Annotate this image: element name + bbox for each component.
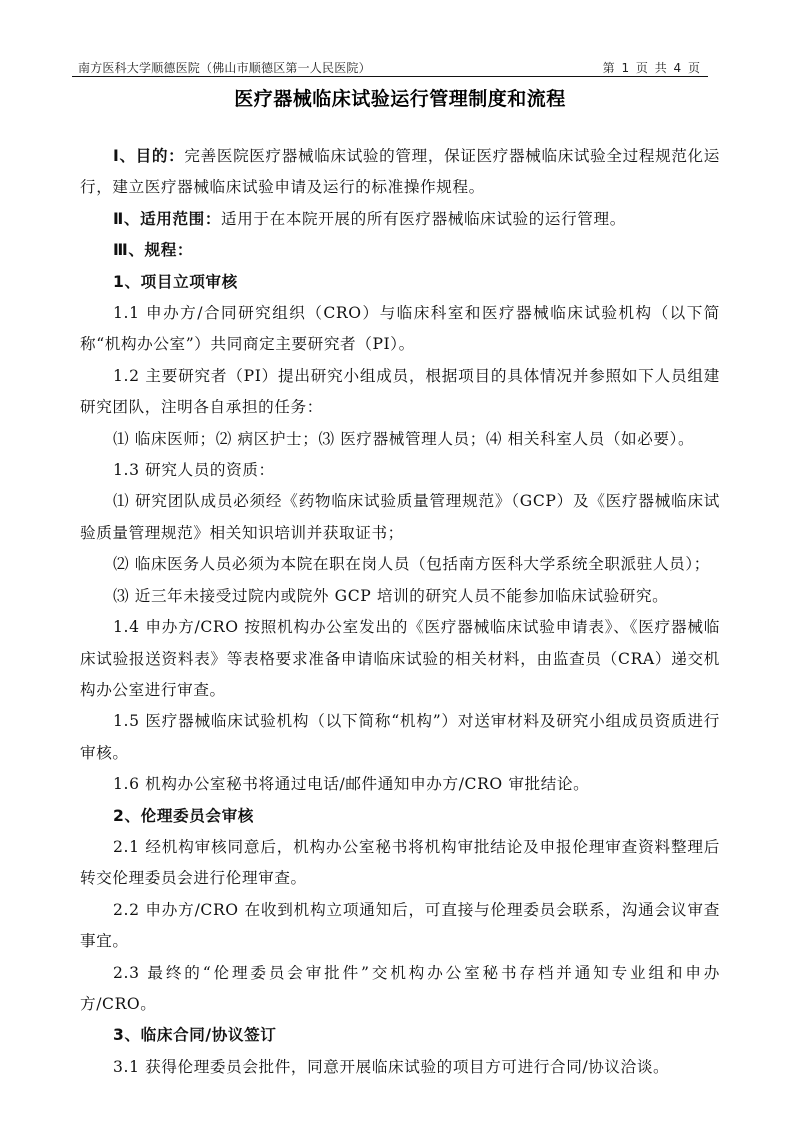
section-heading-contract-signing: 3、临床合同/协议签订	[80, 1020, 720, 1051]
clause-1-3-item-2: ⑵ 临床医务人员必须为本院在职在岗人员（包括南方医科大学系统全职派驻人员）；	[80, 549, 720, 580]
clause-1-4: 1.4 申办方/CRO 按照机构办公室发出的《医疗器械临床试验申请表》、《医疗器…	[80, 612, 720, 706]
clause-1-6: 1.6 机构办公室秘书将通过电话/邮件通知申办方/CRO 审批结论。	[80, 769, 720, 800]
procedure-label: Ⅲ、规程：	[113, 241, 193, 259]
clause-1-2: 1.2 主要研究者（PI）提出研究小组成员，根据项目的具体情况并参照如下人员组建…	[80, 361, 720, 424]
clause-2-2: 2.2 申办方/CRO 在收到机构立项通知后，可直接与伦理委员会联系，沟通会议审…	[80, 895, 720, 958]
clause-3-1: 3.1 获得伦理委员会批件，同意开展临床试验的项目方可进行合同/协议洽谈。	[80, 1052, 720, 1083]
clause-1-2-roles: ⑴ 临床医师；⑵ 病区护士；⑶ 医疗器械管理人员；⑷ 相关科室人员（如必要）。	[80, 424, 720, 455]
clause-2-1: 2.1 经机构审核同意后，机构办公室秘书将机构审批结论及申报伦理审查资料整理后转…	[80, 832, 720, 895]
clause-1-3-item-3: ⑶ 近三年未接受过院内或院外 GCP 培训的研究人员不能参加临床试验研究。	[80, 581, 720, 612]
procedure-heading: Ⅲ、规程：	[80, 235, 720, 266]
purpose-label: Ⅰ、目的：	[113, 147, 184, 165]
clause-1-3-item-1: ⑴ 研究团队成员必须经《药物临床试验质量管理规范》（GCP）及《医疗器械临床试验…	[80, 486, 720, 549]
document-body: Ⅰ、目的：完善医院医疗器械临床试验的管理，保证医疗器械临床试验全过程规范化运行，…	[80, 141, 720, 1083]
scope-paragraph: Ⅱ、适用范围：适用于在本院开展的所有医疗器械临床试验的运行管理。	[80, 204, 720, 235]
scope-text: 适用于在本院开展的所有医疗器械临床试验的运行管理。	[221, 210, 626, 228]
clause-1-3: 1.3 研究人员的资质：	[80, 455, 720, 486]
clause-1-1: 1.1 申办方/合同研究组织（CRO）与临床科室和医疗器械临床试验机构（以下简称…	[80, 298, 720, 361]
clause-2-3: 2.3 最终的“伦理委员会审批件”交机构办公室秘书存档并通知专业组和申办方/CR…	[80, 958, 720, 1021]
scope-label: Ⅱ、适用范围：	[113, 210, 221, 228]
section-heading-project-approval: 1、项目立项审核	[80, 267, 720, 298]
section-heading-ethics-review: 2、伦理委员会审核	[80, 801, 720, 832]
document-title: 医疗器械临床试验运行管理制度和流程	[0, 86, 800, 112]
page-header: 南方医科大学顺德医院（佛山市顺德区第一人民医院） 第 1 页 共 4 页	[72, 58, 708, 77]
clause-1-5: 1.5 医疗器械临床试验机构（以下简称“机构”）对送审材料及研究小组成员资质进行…	[80, 706, 720, 769]
purpose-paragraph: Ⅰ、目的：完善医院医疗器械临床试验的管理，保证医疗器械临床试验全过程规范化运行，…	[80, 141, 720, 204]
page-indicator: 第 1 页 共 4 页	[603, 60, 708, 76]
hospital-name: 南方医科大学顺德医院（佛山市顺德区第一人民医院）	[72, 60, 371, 76]
